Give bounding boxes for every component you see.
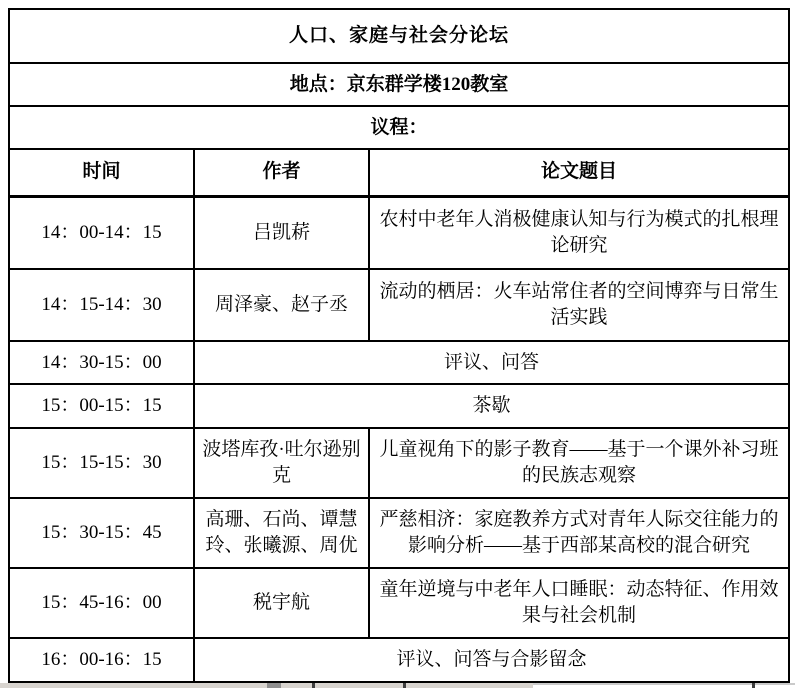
forum-title-row: 人口、家庭与社会分论坛 [9, 9, 789, 63]
column-header-paper-title: 论文题目 [369, 149, 789, 196]
edge-artifact-tick [312, 683, 315, 688]
table-row: 15：30-15：45 高珊、石尚、谭慧玲、张曦源、周优 严慈相济：家庭教养方式… [9, 498, 789, 568]
time-cell: 15：00-15：15 [9, 384, 194, 428]
author-cell: 吕凯菥 [194, 196, 369, 269]
paper-title-cell: 童年逆境与中老年人口睡眠：动态特征、作用效果与社会机制 [369, 568, 789, 638]
author-cell: 税宇航 [194, 568, 369, 638]
table-row: 16：00-16：15 评议、问答与合影留念 [9, 638, 789, 682]
author-cell: 周泽豪、赵子丞 [194, 269, 369, 341]
edge-artifact-tick [403, 683, 406, 688]
merged-session-cell: 评议、问答 [194, 341, 789, 384]
schedule-table: 人口、家庭与社会分论坛 地点：京东群学楼120教室 议程： 时间 作者 论文题目… [8, 8, 790, 683]
time-cell: 15：15-15：30 [9, 428, 194, 498]
paper-title-cell: 严慈相济：家庭教养方式对青年人际交往能力的影响分析——基于西部某高校的混合研究 [369, 498, 789, 568]
time-cell: 14：00-14：15 [9, 196, 194, 269]
column-header-row: 时间 作者 论文题目 [9, 149, 789, 196]
table-row: 14：00-14：15 吕凯菥 农村中老年人消极健康认知与行为模式的扎根理论研究 [9, 196, 789, 269]
document-page: 人口、家庭与社会分论坛 地点：京东群学楼120教室 议程： 时间 作者 论文题目… [0, 0, 795, 688]
time-cell: 14：30-15：00 [9, 341, 194, 384]
author-cell: 高珊、石尚、谭慧玲、张曦源、周优 [194, 498, 369, 568]
table-row: 15：15-15：30 波塔库孜·吐尔逊别克 儿童视角下的影子教育——基于一个课… [9, 428, 789, 498]
table-row: 14：30-15：00 评议、问答 [9, 341, 789, 384]
edge-artifact-line [533, 683, 795, 685]
table-row: 14：15-14：30 周泽豪、赵子丞 流动的栖居：火车站常住者的空间博弈与日常… [9, 269, 789, 341]
time-cell: 15：45-16：00 [9, 568, 194, 638]
paper-title-cell: 农村中老年人消极健康认知与行为模式的扎根理论研究 [369, 196, 789, 269]
time-cell: 14：15-14：30 [9, 269, 194, 341]
location-row: 地点：京东群学楼120教室 [9, 63, 789, 106]
column-header-time: 时间 [9, 149, 194, 196]
location-text: 地点：京东群学楼120教室 [9, 63, 789, 106]
time-cell: 16：00-16：15 [9, 638, 194, 682]
forum-title: 人口、家庭与社会分论坛 [9, 9, 789, 63]
page-edge-artifact [0, 683, 795, 688]
edge-artifact-tick [752, 683, 755, 688]
edge-artifact-block [267, 683, 281, 688]
time-cell: 15：30-15：45 [9, 498, 194, 568]
merged-session-cell: 茶歇 [194, 384, 789, 428]
paper-title-cell: 儿童视角下的影子教育——基于一个课外补习班的民族志观察 [369, 428, 789, 498]
agenda-row: 议程： [9, 106, 789, 149]
author-cell: 波塔库孜·吐尔逊别克 [194, 428, 369, 498]
merged-session-cell: 评议、问答与合影留念 [194, 638, 789, 682]
column-header-author: 作者 [194, 149, 369, 196]
agenda-text: 议程： [9, 106, 789, 149]
table-row: 15：45-16：00 税宇航 童年逆境与中老年人口睡眠：动态特征、作用效果与社… [9, 568, 789, 638]
paper-title-cell: 流动的栖居：火车站常住者的空间博弈与日常生活实践 [369, 269, 789, 341]
table-row: 15：00-15：15 茶歇 [9, 384, 789, 428]
